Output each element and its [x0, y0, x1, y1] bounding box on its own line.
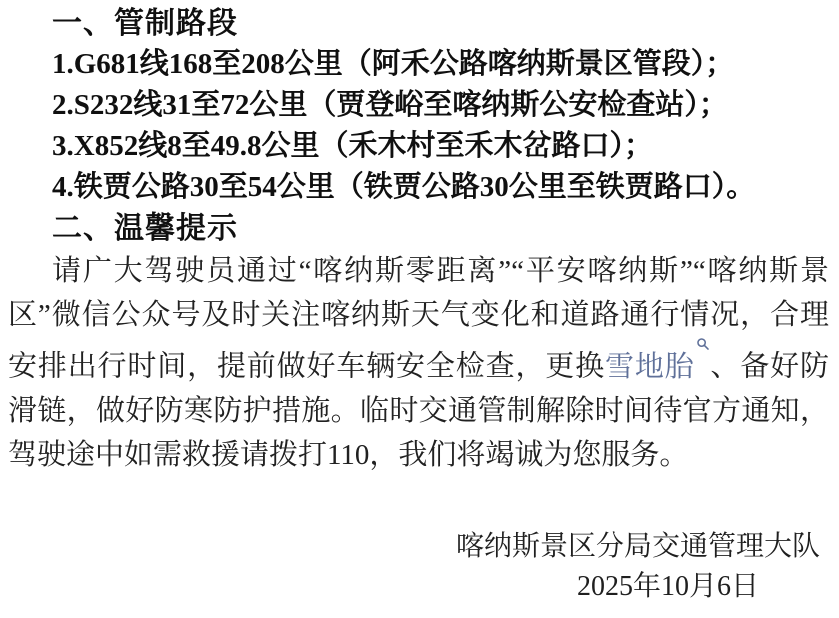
road-item-2: 2.S232线31至72公里（贾登峪至喀纳斯公安检查站）；: [8, 85, 829, 126]
tips-paragraph: 请广大驾驶员通过“喀纳斯零距离”“平安喀纳斯”“喀纳斯景区”微信公众号及时关注喀…: [8, 249, 829, 477]
road-item-3: 3.X852线8至49.8公里（禾木村至禾木岔路口）；: [8, 126, 829, 167]
signature-date: 2025年10月6日: [8, 567, 829, 607]
road-item-1: 1.G681线168至208公里（阿禾公路喀纳斯景区管段）；: [8, 44, 829, 85]
section-heading-tips: 二、温馨提示: [8, 208, 829, 249]
snow-tire-keyword-link[interactable]: 雪地胎: [605, 351, 710, 383]
signature-department: 喀纳斯景区分局交通管理大队: [8, 527, 829, 567]
snow-tire-link-label: 雪地胎: [605, 351, 695, 383]
section-heading-control-roads: 一、管制路段: [8, 3, 829, 44]
traffic-notice-document: 一、管制路段 1.G681线168至208公里（阿禾公路喀纳斯景区管段）； 2.…: [0, 0, 839, 607]
road-item-4: 4.铁贾公路30至54公里（铁贾公路30公里至铁贾路口）。: [8, 167, 829, 208]
signature-block: 喀纳斯景区分局交通管理大队 2025年10月6日: [8, 527, 829, 607]
